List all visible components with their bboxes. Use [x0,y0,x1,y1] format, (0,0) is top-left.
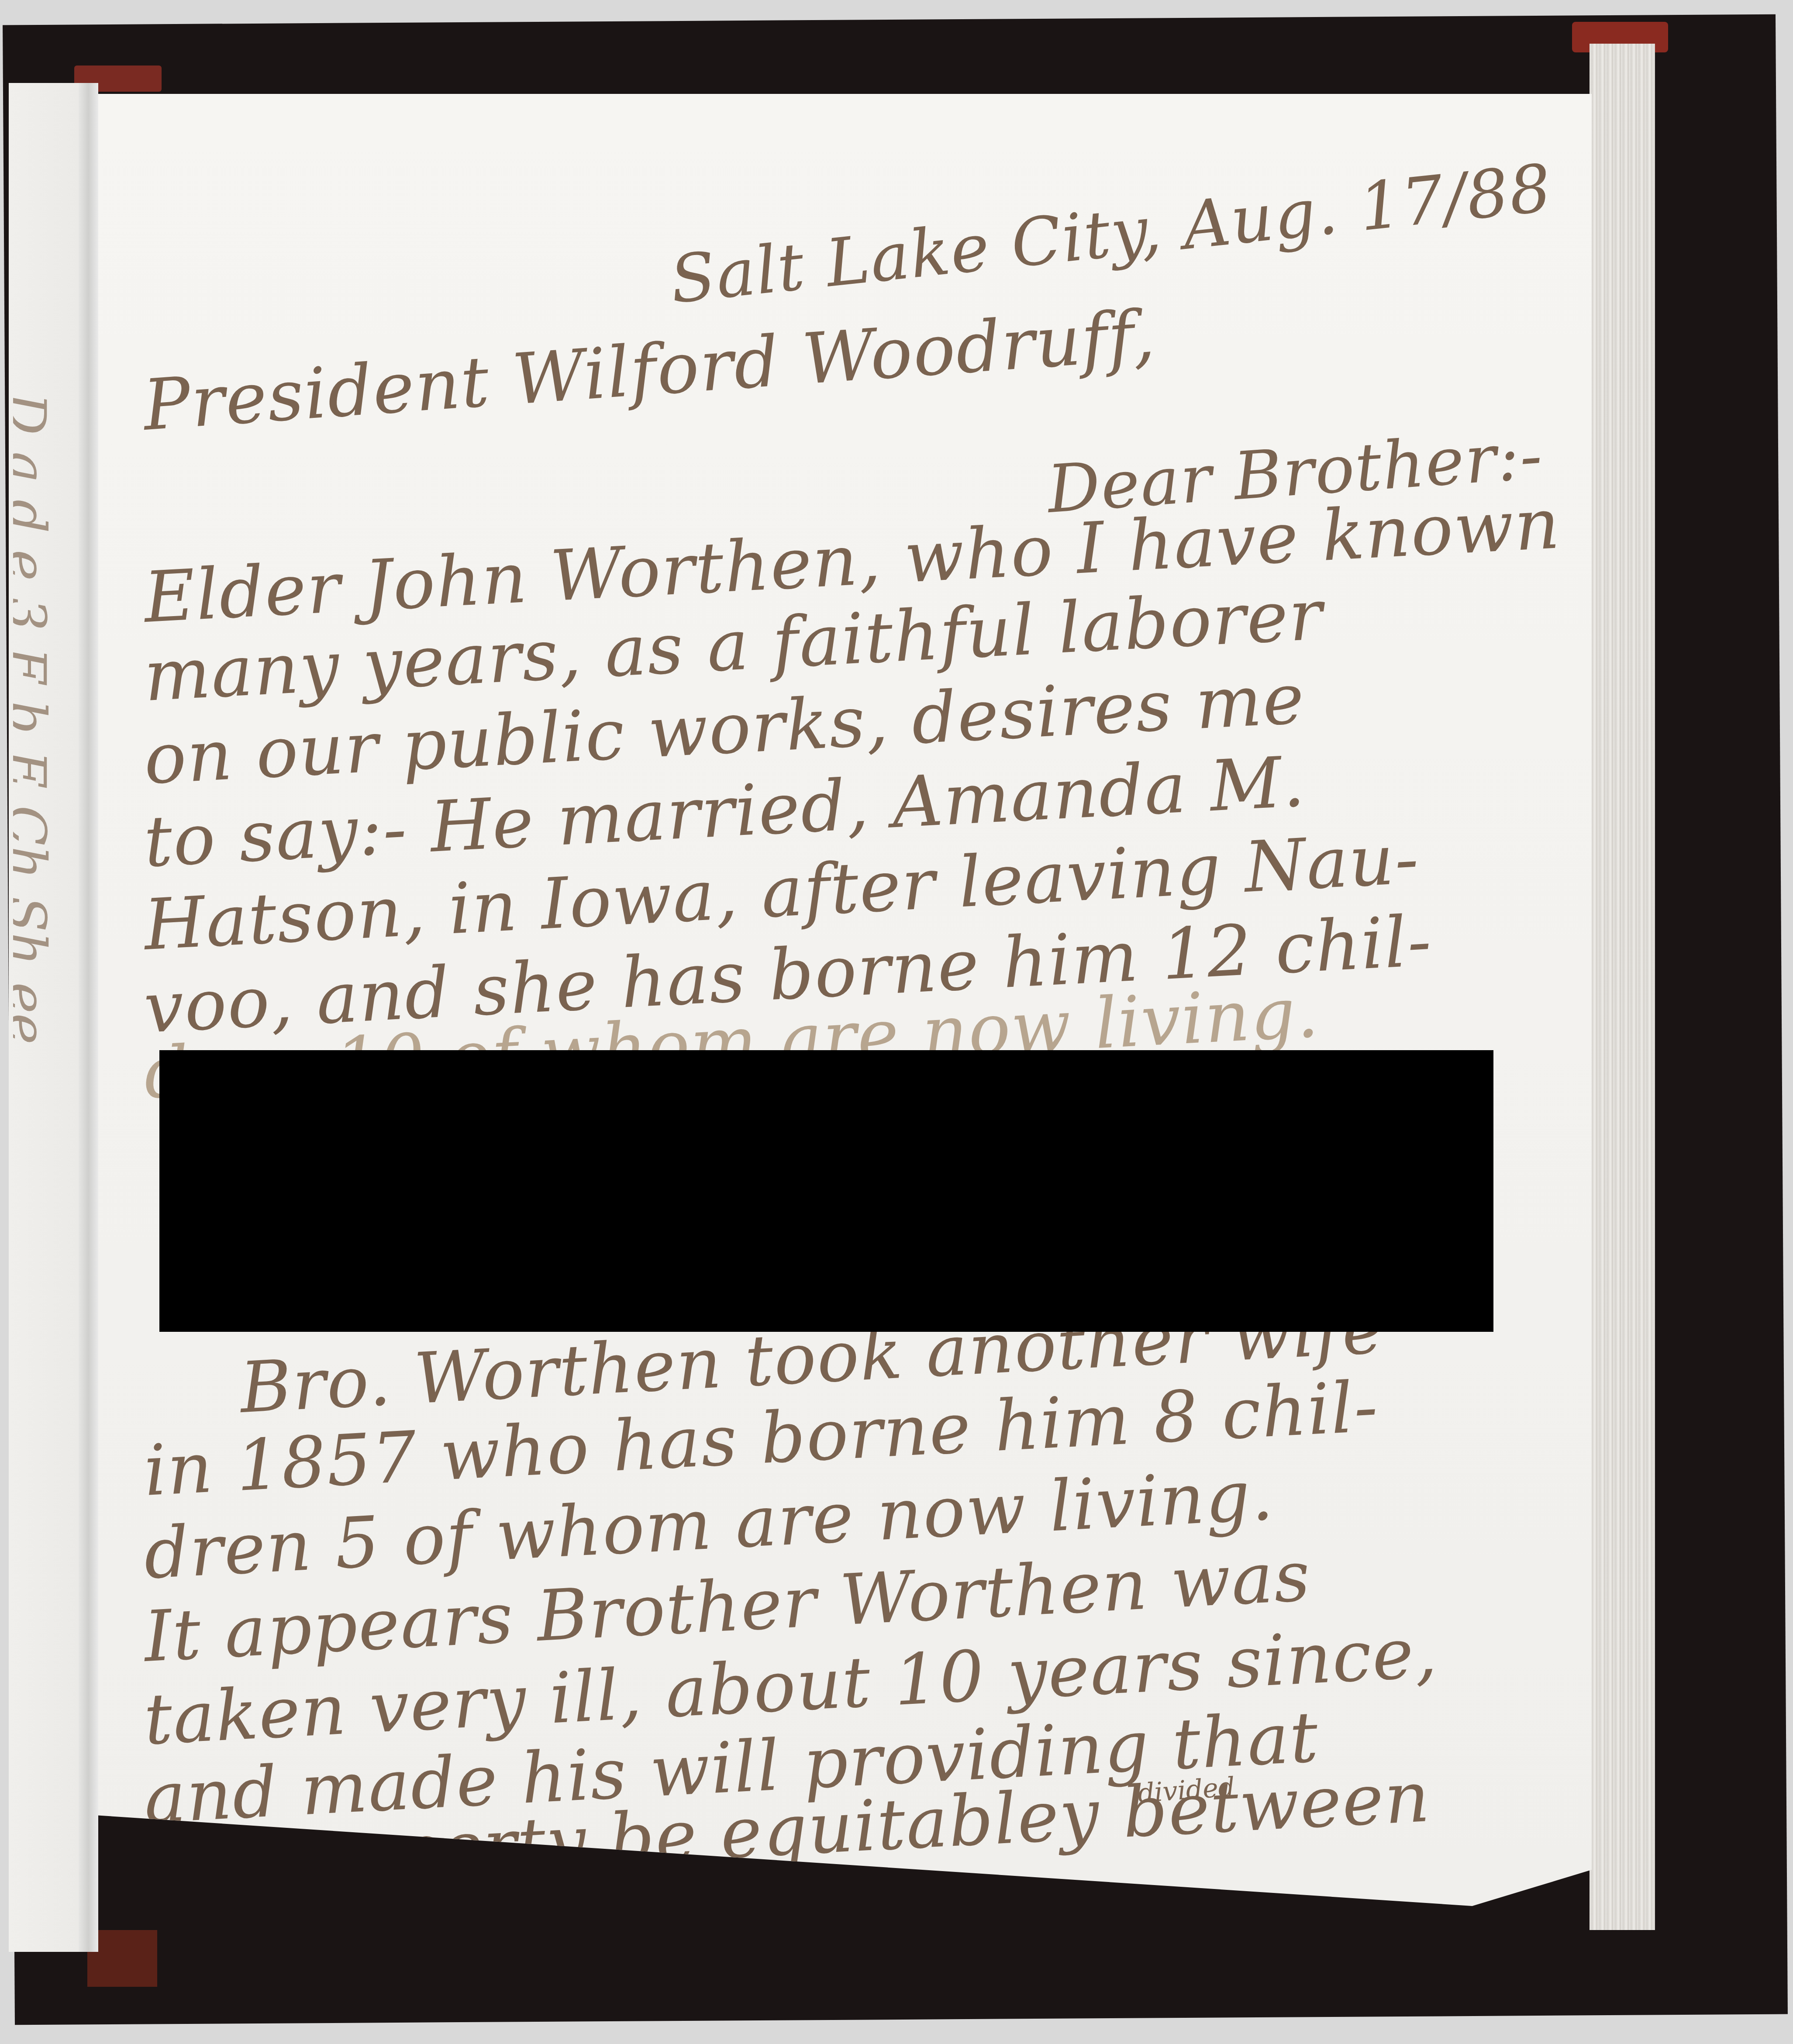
letter-page: 211 Salt Lake City, Aug. 17/88 President… [98,94,1592,1906]
place-date-line: Salt Lake City, Aug. 17/88 [667,150,1555,318]
page-stack-edges [1590,44,1655,1930]
left-page-handwriting: D a d e 3 F b E Ch Sh ee [13,393,87,1834]
addressee-line: President Wilford Woodruff, [141,294,1158,446]
redaction-bar [159,1050,1493,1332]
